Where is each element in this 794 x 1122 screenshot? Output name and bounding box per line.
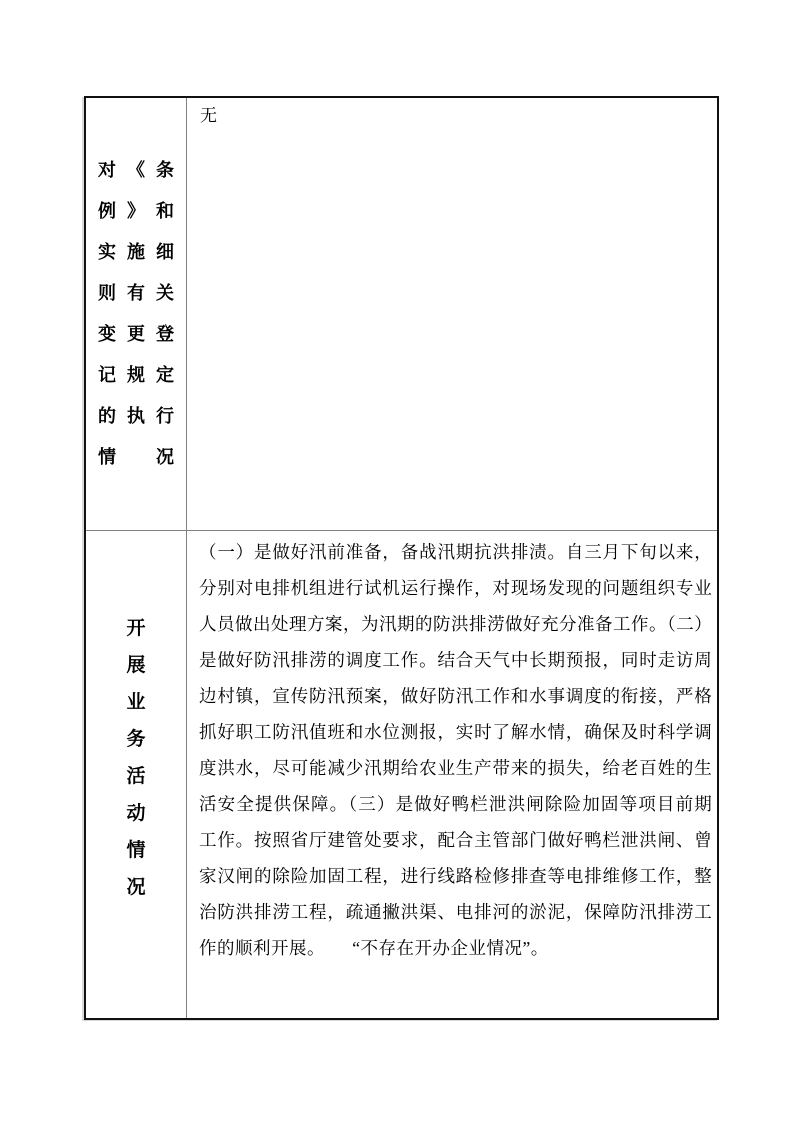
- paragraph-line: 是做好防汛排涝的调度工作。结合天气中长期预报，同时走访周: [199, 642, 712, 678]
- row2-header-char: 况: [86, 869, 186, 906]
- row1-header-line: 例》和: [86, 191, 186, 232]
- document-page: 对《条 例》和 实施细 则有关 变更登 记规定 的执行 情况 无 开 展 业 务…: [0, 0, 794, 1122]
- row1-header-line: 对《条: [86, 150, 186, 191]
- paragraph-line: 作的顺利开展。 “不存在开办企业情况”。: [199, 930, 712, 966]
- row2-header-char: 活: [86, 758, 186, 795]
- row2-header-cell: 开 展 业 务 活 动 情 况: [86, 531, 187, 1018]
- paragraph-line: 治防洪排涝工程，疏通撇洪渠、电排河的淤泥，保障防汛排涝工: [199, 894, 712, 930]
- row1-header-cell: 对《条 例》和 实施细 则有关 变更登 记规定 的执行 情况: [86, 98, 187, 530]
- row2-header-char: 业: [86, 684, 186, 721]
- table-row-regulation-compliance: 对《条 例》和 实施细 则有关 变更登 记规定 的执行 情况 无: [86, 98, 717, 531]
- row2-header-char: 开: [86, 610, 186, 647]
- paragraph-line: 人员做出处理方案，为汛期的防洪排涝做好充分准备工作。（二）: [199, 606, 712, 642]
- row1-header-line: 记规定: [86, 355, 186, 396]
- row1-header-line: 情况: [86, 437, 186, 478]
- paragraph-line: 抓好职工防汛值班和水位测报，实时了解水情，确保及时科学调: [199, 714, 712, 750]
- paragraph-line: 度洪水，尽可能减少汛期给农业生产带来的损失，给老百姓的生: [199, 750, 712, 786]
- paragraph-line: （一）是做好汛前准备，备战汛期抗洪排渍。自三月下旬以来，: [199, 534, 712, 570]
- paragraph-line: 分别对电排机组进行试机运行操作，对现场发现的问题组织专业: [199, 570, 712, 606]
- row1-header-line: 的执行: [86, 396, 186, 437]
- row2-header-char: 务: [86, 721, 186, 758]
- paragraph-line: 工作。按照省厅建管处要求，配合主管部门做好鸭栏泄洪闸、曾: [199, 822, 712, 858]
- row2-header-char: 动: [86, 795, 186, 832]
- row1-header-line: 则有关: [86, 273, 186, 314]
- row2-content-cell: （一）是做好汛前准备，备战汛期抗洪排渍。自三月下旬以来， 分别对电排机组进行试机…: [187, 531, 722, 1018]
- paragraph-line: 边村镇，宣传防汛预案，做好防汛工作和水事调度的衔接，严格: [199, 678, 712, 714]
- row1-content-text: 无: [200, 106, 217, 125]
- paragraph-line: 活安全提供保障。（三）是做好鸭栏泄洪闸除险加固等项目前期: [199, 786, 712, 822]
- registration-form-table: 对《条 例》和 实施细 则有关 变更登 记规定 的执行 情况 无 开 展 业 务…: [84, 96, 719, 1020]
- table-row-business-activities: 开 展 业 务 活 动 情 况 （一）是做好汛前准备，备战汛期抗洪排渍。自三月下…: [86, 531, 717, 1018]
- row2-header-char: 情: [86, 832, 186, 869]
- row1-header-line: 实施细: [86, 232, 186, 273]
- row2-header-char: 展: [86, 647, 186, 684]
- row1-content-cell: 无: [187, 98, 717, 530]
- row1-header-line: 变更登: [86, 314, 186, 355]
- paragraph-line: 家汉闸的除险加固工程，进行线路检修排查等电排维修工作，整: [199, 858, 712, 894]
